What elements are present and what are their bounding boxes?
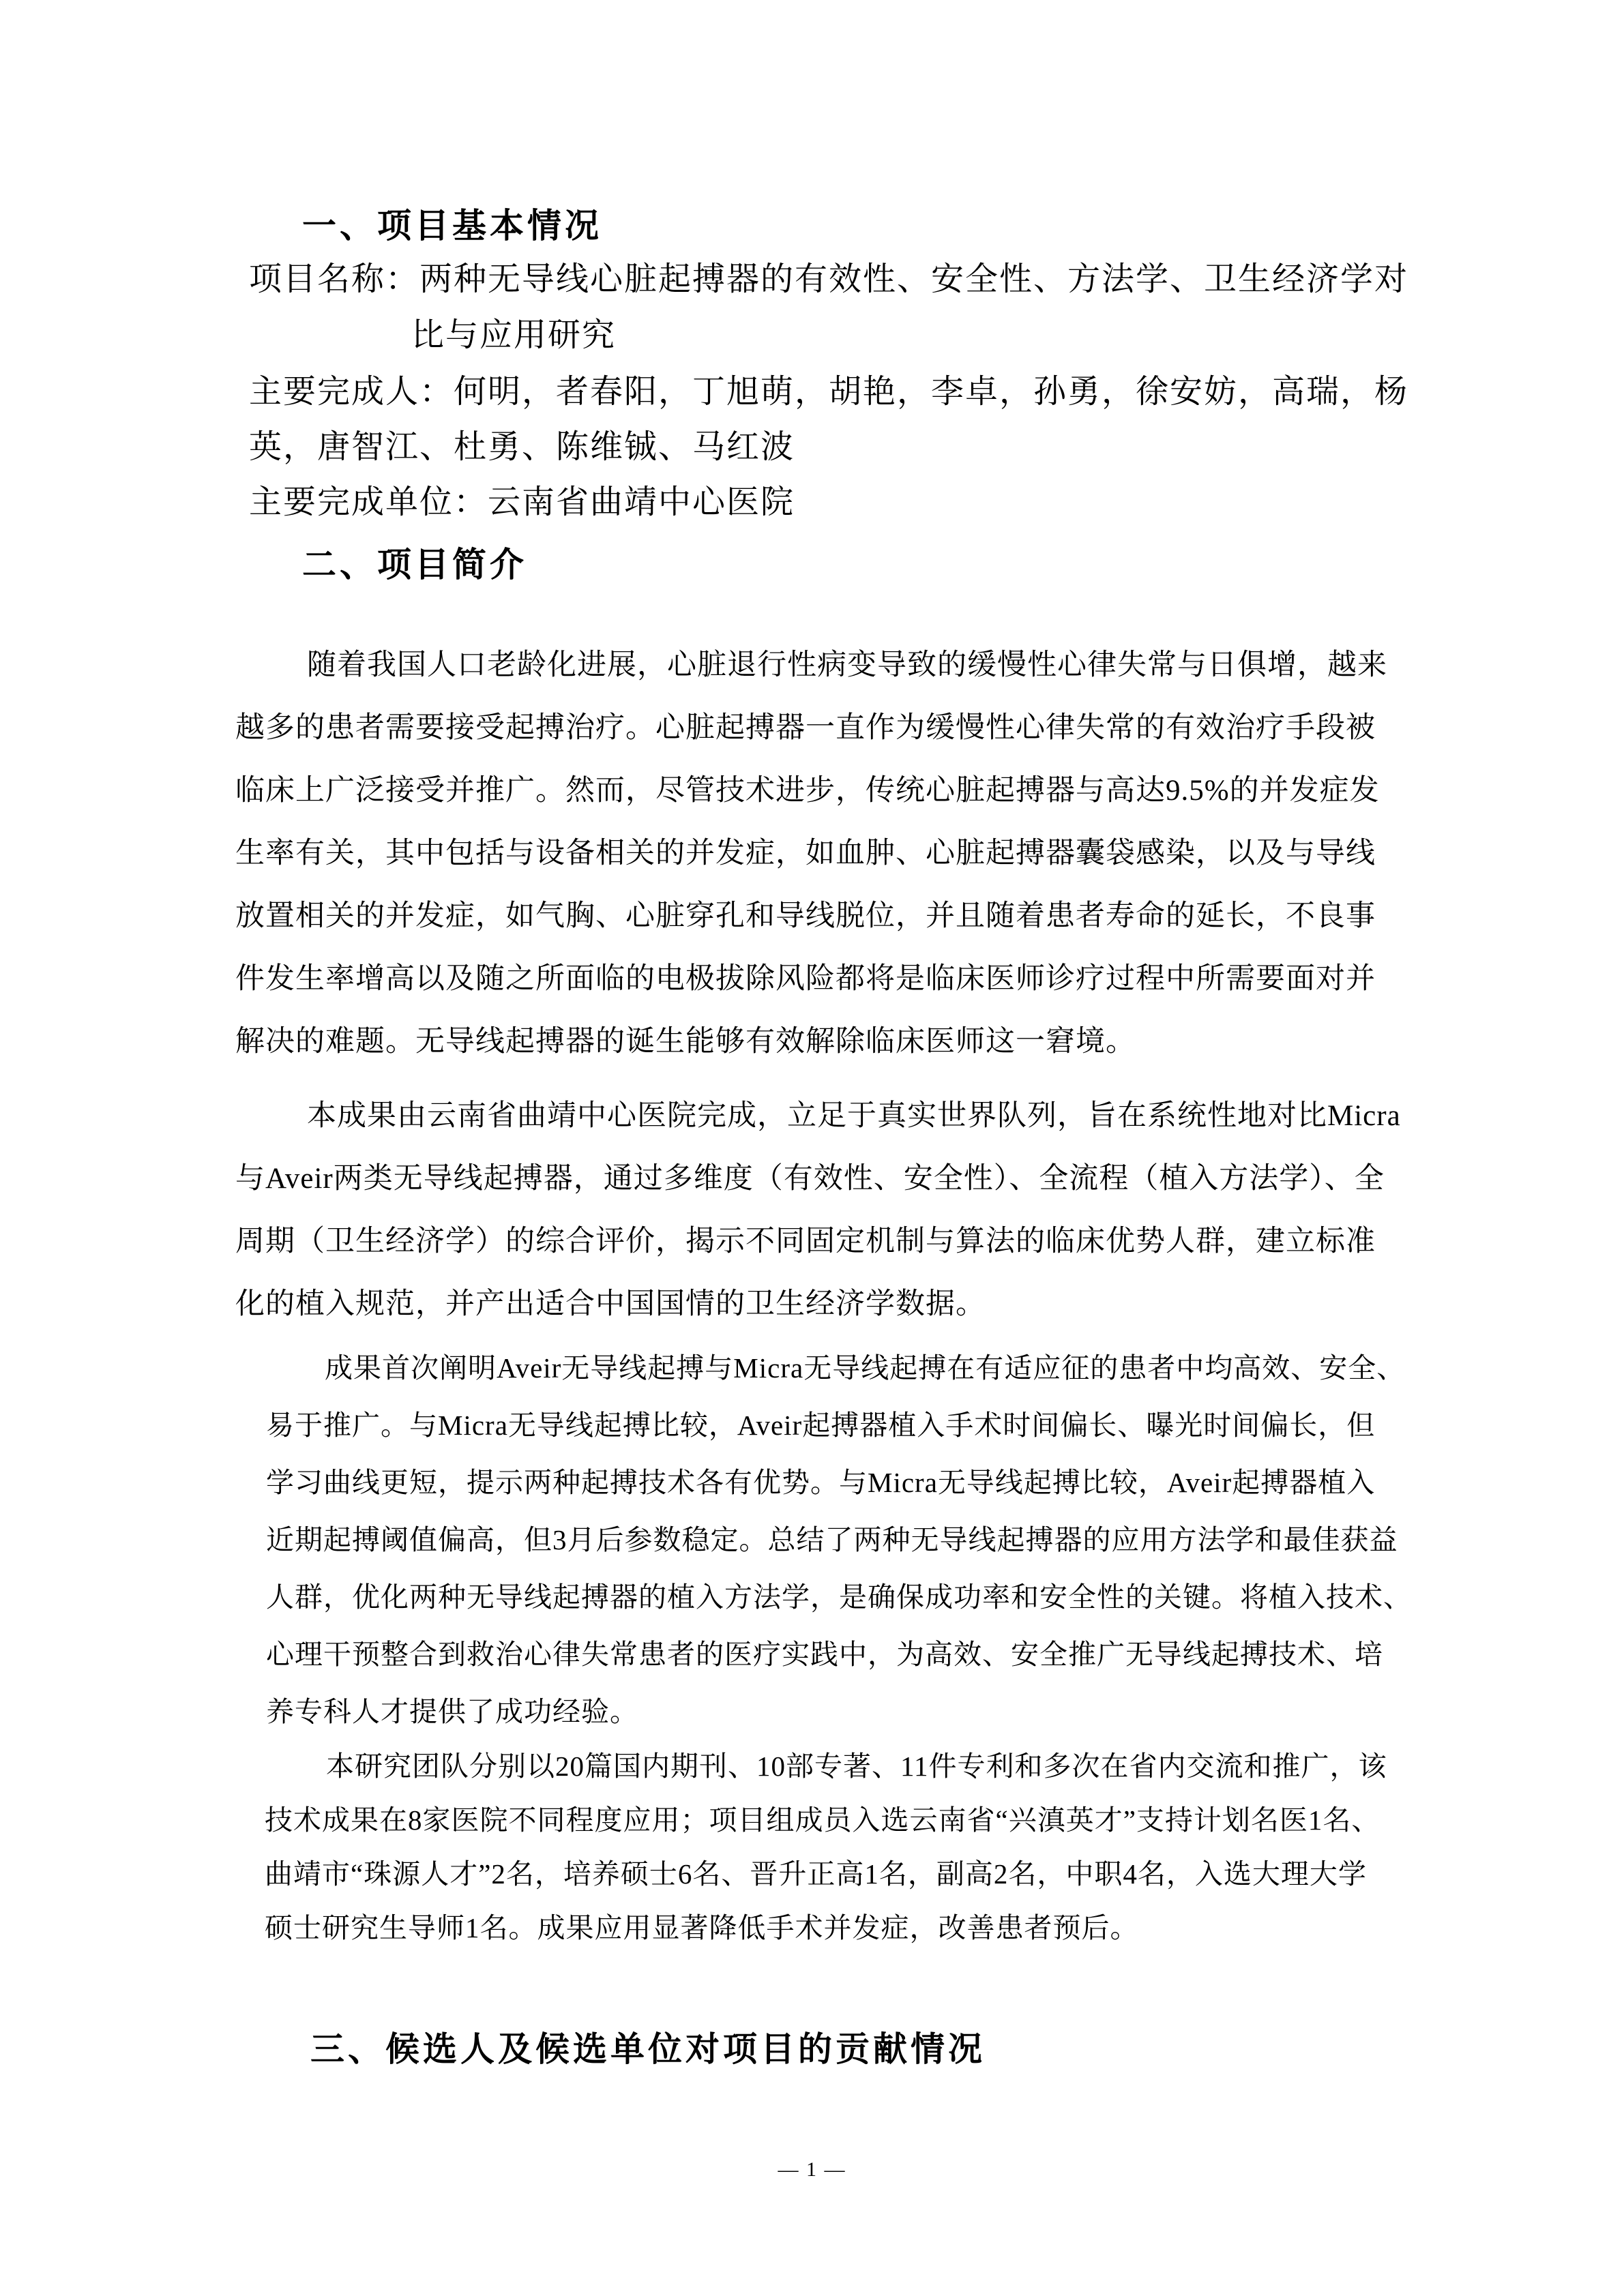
main-authors-line-1: 主要完成人：何明，者春阳，丁旭萌，胡艳，李卓，孙勇，徐安妨，高瑞，杨 — [249, 373, 1408, 411]
text-line: 本成果由云南省曲靖中心医院完成，立足于真实世界队列，旨在系统性地对比Micra — [235, 1085, 1401, 1148]
text-line: 放置相关的并发症，如气胸、心脏穿孔和导线脱位，并且随着患者寿命的延长，不良事 — [235, 885, 1387, 948]
text-line: 本研究团队分别以20篇国内期刊、10部专著、11件专利和多次在省内交流和推广，该 — [265, 1740, 1387, 1793]
intro-paragraph-2: 本成果由云南省曲靖中心医院完成，立足于真实世界队列，旨在系统性地对比Micra与… — [235, 1085, 1401, 1336]
text-line: 越多的患者需要接受起搏治疗。心脏起搏器一直作为缓慢性心律失常的有效治疗手段被 — [235, 697, 1387, 760]
section-heading-3: 三、候选人及候选单位对项目的贡献情况 — [310, 2031, 986, 2068]
text-line: 养专科人才提供了成功经验。 — [266, 1683, 1412, 1740]
text-line: 成果首次阐明Aveir无导线起搏与Micra无导线起搏在有适应征的患者中均高效、… — [266, 1339, 1412, 1397]
achievements-paragraph: 本研究团队分别以20篇国内期刊、10部专著、11件专利和多次在省内交流和推广，该… — [265, 1740, 1387, 1955]
page-number: — 1 — — [0, 2158, 1624, 2181]
project-name-line-2: 比与应用研究 — [411, 316, 616, 354]
main-authors-line-2: 英，唐智江、杜勇、陈维铖、马红波 — [249, 428, 795, 466]
results-paragraph: 成果首次阐明Aveir无导线起搏与Micra无导线起搏在有适应征的患者中均高效、… — [266, 1339, 1412, 1740]
text-line: 件发生率增高以及随之所面临的电极拔除风险都将是临床医师诊疗过程中所需要面对并 — [235, 948, 1387, 1011]
text-line: 易于推广。与Micra无导线起搏比较，Aveir起搏器植入手术时间偏长、曝光时间… — [266, 1397, 1412, 1454]
document-page: 一、项目基本情况 项目名称：两种无导线心脏起搏器的有效性、安全性、方法学、卫生经… — [0, 0, 1624, 2296]
section-heading-1: 一、项目基本情况 — [302, 207, 602, 245]
text-line: 与Aveir两类无导线起搏器，通过多维度（有效性、安全性）、全流程（植入方法学）… — [235, 1148, 1401, 1210]
text-line: 心理干预整合到救治心律失常患者的医疗实践中，为高效、安全推广无导线起搏技术、培 — [266, 1626, 1412, 1683]
text-line: 近期起搏阈值偏高，但3月后参数稳定。总结了两种无导线起搏器的应用方法学和最佳获益 — [266, 1511, 1412, 1568]
text-line: 学习曲线更短，提示两种起搏技术各有优势。与Micra无导线起搏比较，Aveir起… — [266, 1454, 1412, 1511]
text-line: 周期（卫生经济学）的综合评价，揭示不同固定机制与算法的临床优势人群，建立标准 — [235, 1210, 1401, 1273]
text-line: 解决的难题。无导线起搏器的诞生能够有效解除临床医师这一窘境。 — [235, 1011, 1387, 1073]
text-line: 人群，优化两种无导线起搏器的植入方法学，是确保成功率和安全性的关键。将植入技术、 — [266, 1568, 1412, 1626]
text-line: 生率有关，其中包括与设备相关的并发症，如血肿、心脏起搏器囊袋感染，以及与导线 — [235, 822, 1387, 885]
project-name-line-1: 项目名称：两种无导线心脏起搏器的有效性、安全性、方法学、卫生经济学对 — [249, 260, 1408, 298]
text-line: 随着我国人口老龄化进展，心脏退行性病变导致的缓慢性心律失常与日俱增，越来 — [235, 634, 1387, 697]
text-line: 曲靖市“珠源人才”2名，培养硕士6名、晋升正高1名，副高2名，中职4名，入选大理… — [265, 1847, 1387, 1901]
intro-paragraph-1: 随着我国人口老龄化进展，心脏退行性病变导致的缓慢性心律失常与日俱增，越来越多的患… — [235, 634, 1387, 1073]
text-line: 临床上广泛接受并推广。然而，尽管技术进步，传统心脏起搏器与高达9.5%的并发症发 — [235, 760, 1387, 822]
section-heading-2: 二、项目简介 — [302, 546, 527, 584]
text-line: 硕士研究生导师1名。成果应用显著降低手术并发症，改善患者预后。 — [265, 1901, 1387, 1955]
text-line: 技术成果在8家医院不同程度应用；项目组成员入选云南省“兴滇英才”支持计划名医1名… — [265, 1793, 1387, 1847]
main-organization-line: 主要完成单位：云南省曲靖中心医院 — [249, 483, 795, 521]
text-line: 化的植入规范，并产出适合中国国情的卫生经济学数据。 — [235, 1273, 1401, 1336]
